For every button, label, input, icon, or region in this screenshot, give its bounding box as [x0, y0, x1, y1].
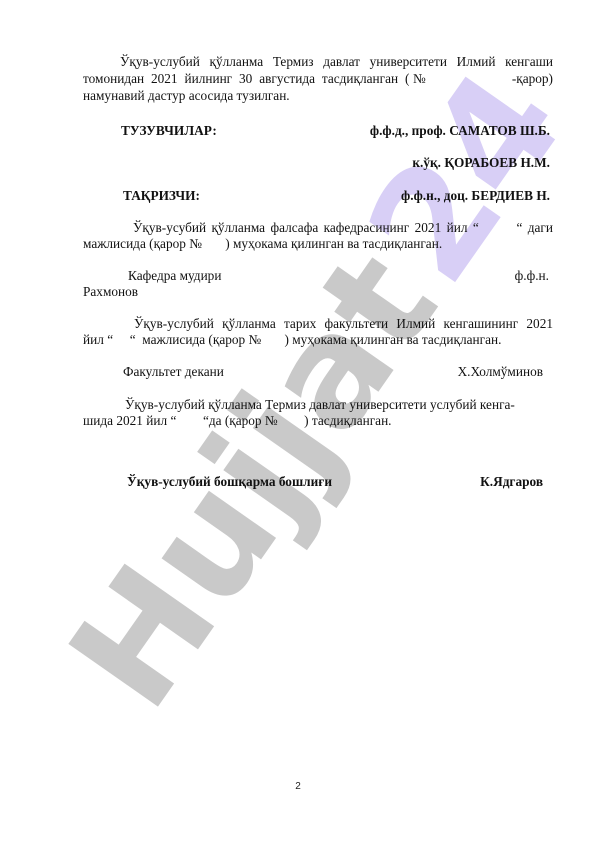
university-approval-line-1: Ўқув-услубий қўлланма Термиз давлат унив… — [125, 397, 515, 412]
page-number: 2 — [0, 781, 596, 792]
signature-name: К.Ядгаров — [480, 474, 543, 489]
department-head-name: Рахмонов — [83, 284, 138, 299]
faculty-approval-line-1: Ўқув-услубий қўлланма тарих факультети И… — [134, 316, 553, 331]
department-approval-line-1: Ўқув-усубий қўлланма фалсафа кафедрасини… — [133, 220, 553, 235]
intro-line-2: томонидан 2021 йилнинг 30 августида тасд… — [83, 71, 553, 86]
reviewer-label: ТАҚРИЗЧИ: — [123, 188, 200, 203]
university-approval-line-2: шида 2021 йил “ “да (қарор № ) тасдиқлан… — [83, 413, 392, 428]
intro-line-1: Ўқув-услубий қўлланма Термиз давлат унив… — [120, 54, 553, 69]
intro-line-3: намунавий дастур асосида тузилган. — [83, 88, 290, 103]
department-approval-line-2: мажлисида (қарор № ) муҳокама қилинган в… — [83, 236, 442, 251]
compilers-label: ТУЗУВЧИЛАР: — [121, 123, 217, 138]
signature-label: Ўқув-услубий бошқарма бошлиғи — [127, 474, 332, 489]
compiler-qoraboev: к.ўқ. ҚОРАБОЕВ Н.М. — [412, 155, 550, 170]
department-head-title: ф.ф.н. — [515, 268, 549, 283]
compiler-samatov: ф.ф.д., проф. САМАТОВ Ш.Б. — [370, 123, 550, 138]
faculty-dean-label: Факультет декани — [123, 364, 224, 379]
reviewer-berdiev: ф.ф.н., доц. БЕРДИЕВ Н. — [401, 188, 550, 203]
document-page: Ўқув-услубий қўлланма Термиз давлат унив… — [0, 0, 596, 842]
faculty-dean-name: Х.Холмўминов — [458, 364, 543, 379]
faculty-approval-line-2: йил “ “ мажлисида (қарор № ) муҳокама қи… — [83, 332, 501, 347]
department-head-label: Кафедра мудири — [128, 268, 221, 283]
